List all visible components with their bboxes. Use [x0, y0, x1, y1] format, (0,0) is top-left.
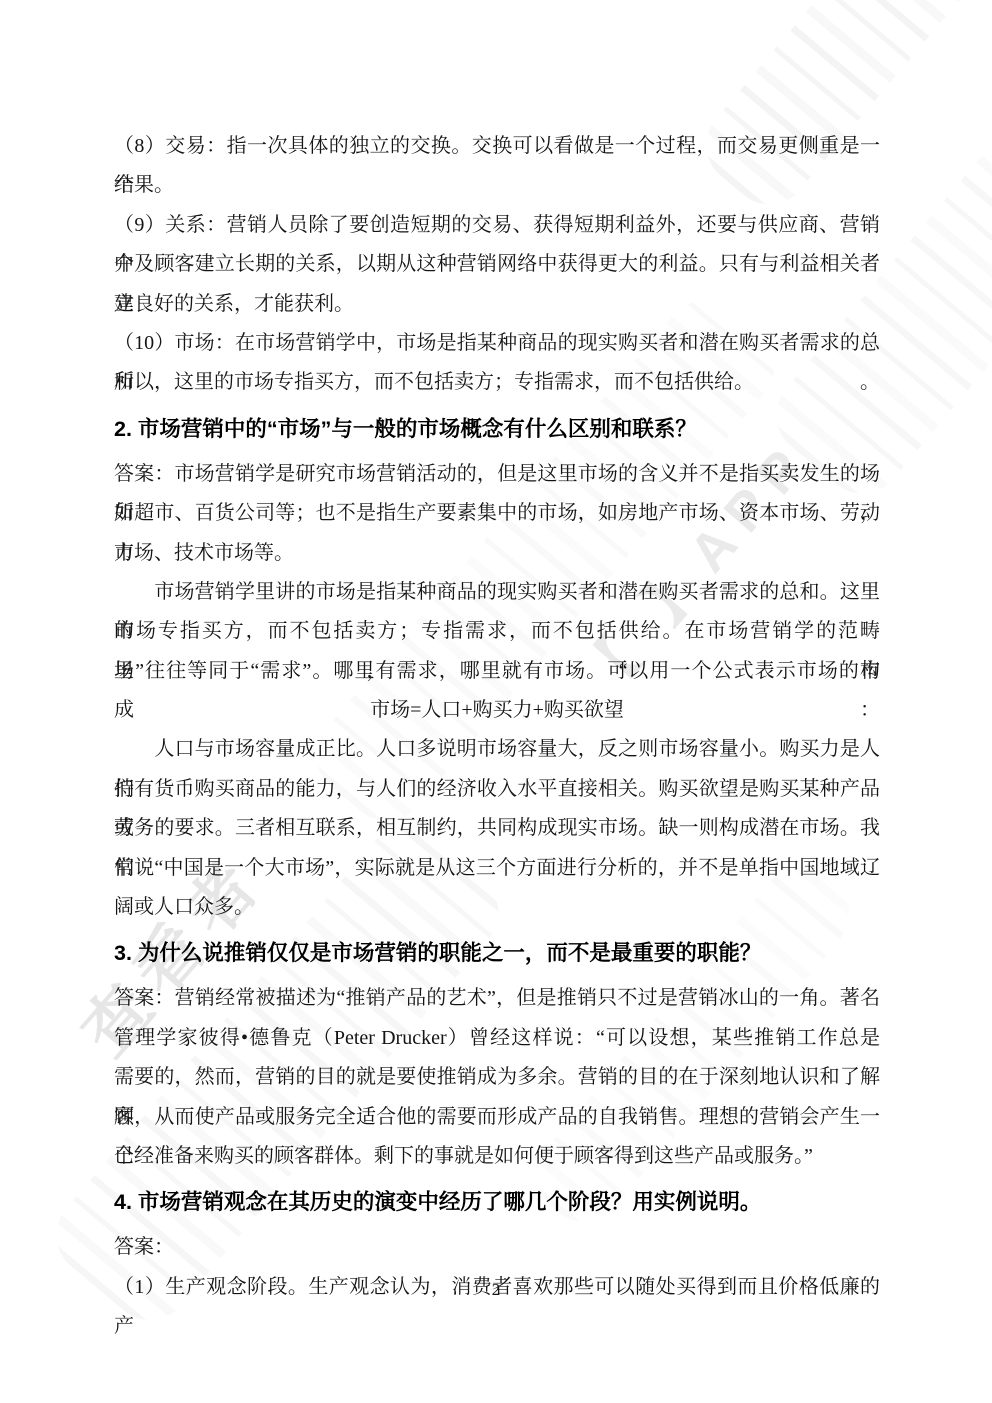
text-line: 结果。	[114, 166, 880, 205]
text-line: 答案：市场营销学是研究市场营销活动的，但是这里市场的含义并不是指买卖发生的场所，	[114, 455, 880, 494]
question-heading: 4. 市场营销观念在其历史的演变中经历了哪几个阶段？用实例说明。	[114, 1182, 880, 1222]
text-line: 阔或人口众多。	[114, 888, 880, 927]
page-number: 2	[0, 1280, 992, 1300]
question-heading: 3. 为什么说推销仅仅是市场营销的职能之一，而不是最重要的职能？	[114, 933, 880, 973]
document-page: 查看者 【 】APP （8）交易：指一次具体的独立的交换。交换可以看做是一个过程…	[0, 0, 992, 1403]
text-line: 常说“中国是一个大市场”，实际就是从这三个方面进行分析的，并不是单指中国地域辽	[114, 849, 880, 888]
text-line: 已经准备来购买的顾客群体。剩下的事就是如何便于顾客得到这些产品或服务。”	[114, 1137, 880, 1176]
text-line: 市场专指买方，而不包括卖方；专指需求，而不包括供给。在市场营销学的范畴里，“市	[114, 612, 880, 651]
text-line: 管理学家彼得•德鲁克（Peter Drucker）曾经这样说：“可以设想，某些推…	[114, 1019, 880, 1058]
text-line: （10）市场：在市场营销学中，市场是指某种商品的现实购买者和潜在购买者需求的总和…	[114, 324, 880, 363]
text-line: 场”往往等同于“需求”。哪里有需求，哪里就有市场。可以用一个公式表示市场的构成：	[114, 652, 880, 691]
text-line: 市场、技术市场等。	[114, 534, 880, 573]
text-line: （8）交易：指一次具体的独立的交换。交换可以看做是一个过程，而交易更侧重是一个	[114, 127, 880, 166]
text-line: 人口与市场容量成正比。人口多说明市场容量大，反之则市场容量小。购买力是人们	[114, 730, 880, 769]
text-line: 需要的，然而，营销的目的就是要使推销成为多余。营销的目的在于深刻地认识和了解顾	[114, 1058, 880, 1097]
text-line: 劳务的要求。三者相互联系，相互制约，共同构成现实市场。缺一则构成潜在市场。我们	[114, 809, 880, 848]
text-line: 客，从而使产品或服务完全适合他的需要而形成产品的自我销售。理想的营销会产生一个	[114, 1098, 880, 1137]
text-line: 市场营销学里讲的市场是指某种商品的现实购买者和潜在购买者需求的总和。这里的	[114, 573, 880, 612]
text-line: 持有货币购买商品的能力，与人们的经济收入水平直接相关。购买欲望是购买某种产品或	[114, 770, 880, 809]
text-line: 立良好的关系，才能获利。	[114, 285, 880, 324]
document-content: （8）交易：指一次具体的独立的交换。交换可以看做是一个过程，而交易更侧重是一个结…	[114, 127, 880, 1307]
text-line: 答案：	[114, 1228, 880, 1267]
text-line: 答案：营销经常被描述为“推销产品的艺术”，但是推销只不过是营销冰山的一角。著名	[114, 979, 880, 1018]
text-line: 介及顾客建立长期的关系，以期从这种营销网络中获得更大的利益。只有与利益相关者建	[114, 245, 880, 284]
text-line: （9）关系：营销人员除了要创造短期的交易、获得短期利益外，还要与供应商、营销中	[114, 206, 880, 245]
text-line: 如超市、百货公司等；也不是指生产要素集中的市场，如房地产市场、资本市场、劳动力	[114, 494, 880, 533]
question-heading: 2. 市场营销中的“市场”与一般的市场概念有什么区别和联系？	[114, 409, 880, 449]
